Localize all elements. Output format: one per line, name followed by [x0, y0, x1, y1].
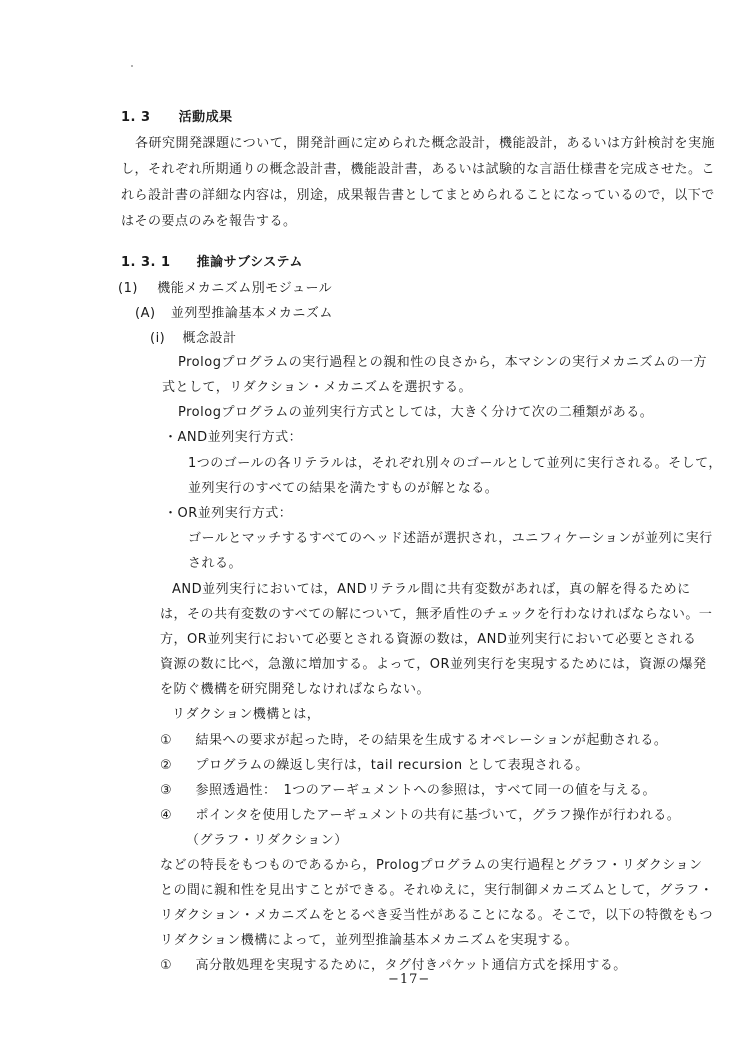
- and-parallel-label: ・AND並列実行方式：: [164, 430, 302, 446]
- item-1-marker: (1): [118, 281, 138, 296]
- item-i-marker: (i): [150, 331, 165, 346]
- item-i-title: 概念設計: [183, 331, 237, 346]
- subsection-heading: 1. 3. 1 推論サブシステム: [121, 255, 303, 271]
- feature-marker: ①: [160, 733, 172, 748]
- body-p3-line-2: は，その共有変数のすべての解について，無矛盾性のチェックを行わなければならない。…: [160, 607, 717, 623]
- body-p1-line-1: Prologプログラムの実行過程との親和性の良さから，本マシンの実行メカニズムの…: [178, 355, 717, 371]
- body-p5-line-3: リダクション・メカニズムをとるべき妥当性があることになる。そこで，以下の特徴をも…: [160, 908, 717, 924]
- item-1-title: 機能メカニズム別モジュール: [157, 281, 332, 296]
- scan-speck: [131, 65, 133, 67]
- body-p3-line-4: 資源の数に比べ，急激に増加する。よって，OR並列実行を実現するためには，資源の爆…: [160, 657, 717, 673]
- section-number: 1. 3: [121, 110, 151, 125]
- feature-text: プログラムの繰返し実行は，tail recursion として表現される。: [195, 758, 588, 773]
- section-heading: 1. 3 活動成果: [121, 110, 233, 126]
- subsection-title: 推論サブシステム: [197, 255, 303, 270]
- body-p4: リダクション機構とは，: [172, 707, 320, 723]
- or-parallel-desc-2: される。: [188, 556, 242, 572]
- or-parallel-desc-1: ゴールとマッチするすべてのヘッド述語が選択され，ユニフィケーションが並列に実行: [188, 531, 717, 547]
- feature-item: ④ ポインタを使用したアーギュメントの共有に基づいて，グラフ操作が行われる。: [160, 808, 680, 824]
- or-parallel-label: ・OR並列実行方式：: [164, 506, 292, 522]
- and-parallel-desc-2: 並列実行のすべての結果を満たすものが解となる。: [188, 481, 498, 497]
- and-parallel-desc-1: 1つのゴールの各リテラルは，それぞれ別々のゴールとして並列に実行される。そして，: [188, 456, 719, 472]
- item-a-marker: (A): [135, 306, 156, 321]
- impl-text: 高分散処理を実現するために，タグ付きパケット通信方式を採用する。: [195, 958, 626, 973]
- feature-text: 結果への要求が起った時，その結果を生成するオペレーションが起動される。: [195, 733, 667, 748]
- page-number: −17−: [388, 972, 430, 988]
- body-p3-line-3: 方，OR並列実行において必要とされる資源の数は，AND並列実行において必要とされ…: [160, 632, 717, 648]
- intro-line-1: 各研究開発課題について，開発計画に定められた概念設計，機能設計，あるいは方針検討…: [135, 136, 717, 152]
- body-p3-line-1: AND並列実行においては，ANDリテラル間に共有変数があれば，真の解を得るために: [172, 582, 717, 598]
- feature-4-note: （グラフ・リダクション）: [186, 833, 348, 849]
- feature-marker: ②: [160, 758, 172, 773]
- item-1-heading: (1) 機能メカニズム別モジュール: [118, 281, 332, 297]
- feature-text: ポインタを使用したアーギュメントの共有に基づいて，グラフ操作が行われる。: [195, 808, 680, 823]
- subsection-number: 1. 3. 1: [121, 255, 171, 270]
- intro-line-4: はその要点のみを報告する。: [121, 214, 297, 230]
- item-i-heading: (i) 概念設計: [150, 331, 237, 347]
- body-p2: Prologプログラムの並列実行方式としては，大きく分けて次の二種類がある。: [178, 405, 653, 421]
- body-p5-line-4: リダクション機構によって，並列型推論基本メカニズムを実現する。: [160, 933, 578, 949]
- impl-marker: ①: [160, 958, 172, 973]
- body-p5-line-2: との間に親和性を見出すことができる。それゆえに，実行制御メカニズムとして，グラフ…: [160, 883, 717, 899]
- section-title: 活動成果: [179, 110, 233, 125]
- feature-item: ② プログラムの繰返し実行は，tail recursion として表現される。: [160, 758, 589, 774]
- body-p3-line-5: を防ぐ機構を研究開発しなければならない。: [160, 682, 430, 698]
- body-p5-line-1: などの特長をもつものであるから，Prologプログラムの実行過程とグラフ・リダク…: [160, 858, 717, 874]
- feature-item: ③ 参照透過性： 1つのアーギュメントへの参照は，すべて同一の値を与える。: [160, 783, 656, 799]
- intro-line-3: れら設計書の詳細な内容は，別途，成果報告書としてまとめられることになっているので…: [121, 188, 717, 204]
- feature-marker: ③: [160, 783, 172, 798]
- item-a-heading: (A) 並列型推論基本メカニズム: [135, 306, 333, 322]
- item-a-title: 並列型推論基本メカニズム: [171, 306, 333, 321]
- body-p1-line-2: 式として，リダクション・メカニズムを選択する。: [162, 380, 472, 396]
- feature-marker: ④: [160, 808, 172, 823]
- feature-item: ① 結果への要求が起った時，その結果を生成するオペレーションが起動される。: [160, 733, 667, 749]
- intro-line-2: し，それぞれ所期通りの概念設計書，機能設計書，あるいは試験的な言語仕様書を完成さ…: [121, 162, 717, 178]
- feature-text: 参照透過性： 1つのアーギュメントへの参照は，すべて同一の値を与える。: [195, 783, 656, 798]
